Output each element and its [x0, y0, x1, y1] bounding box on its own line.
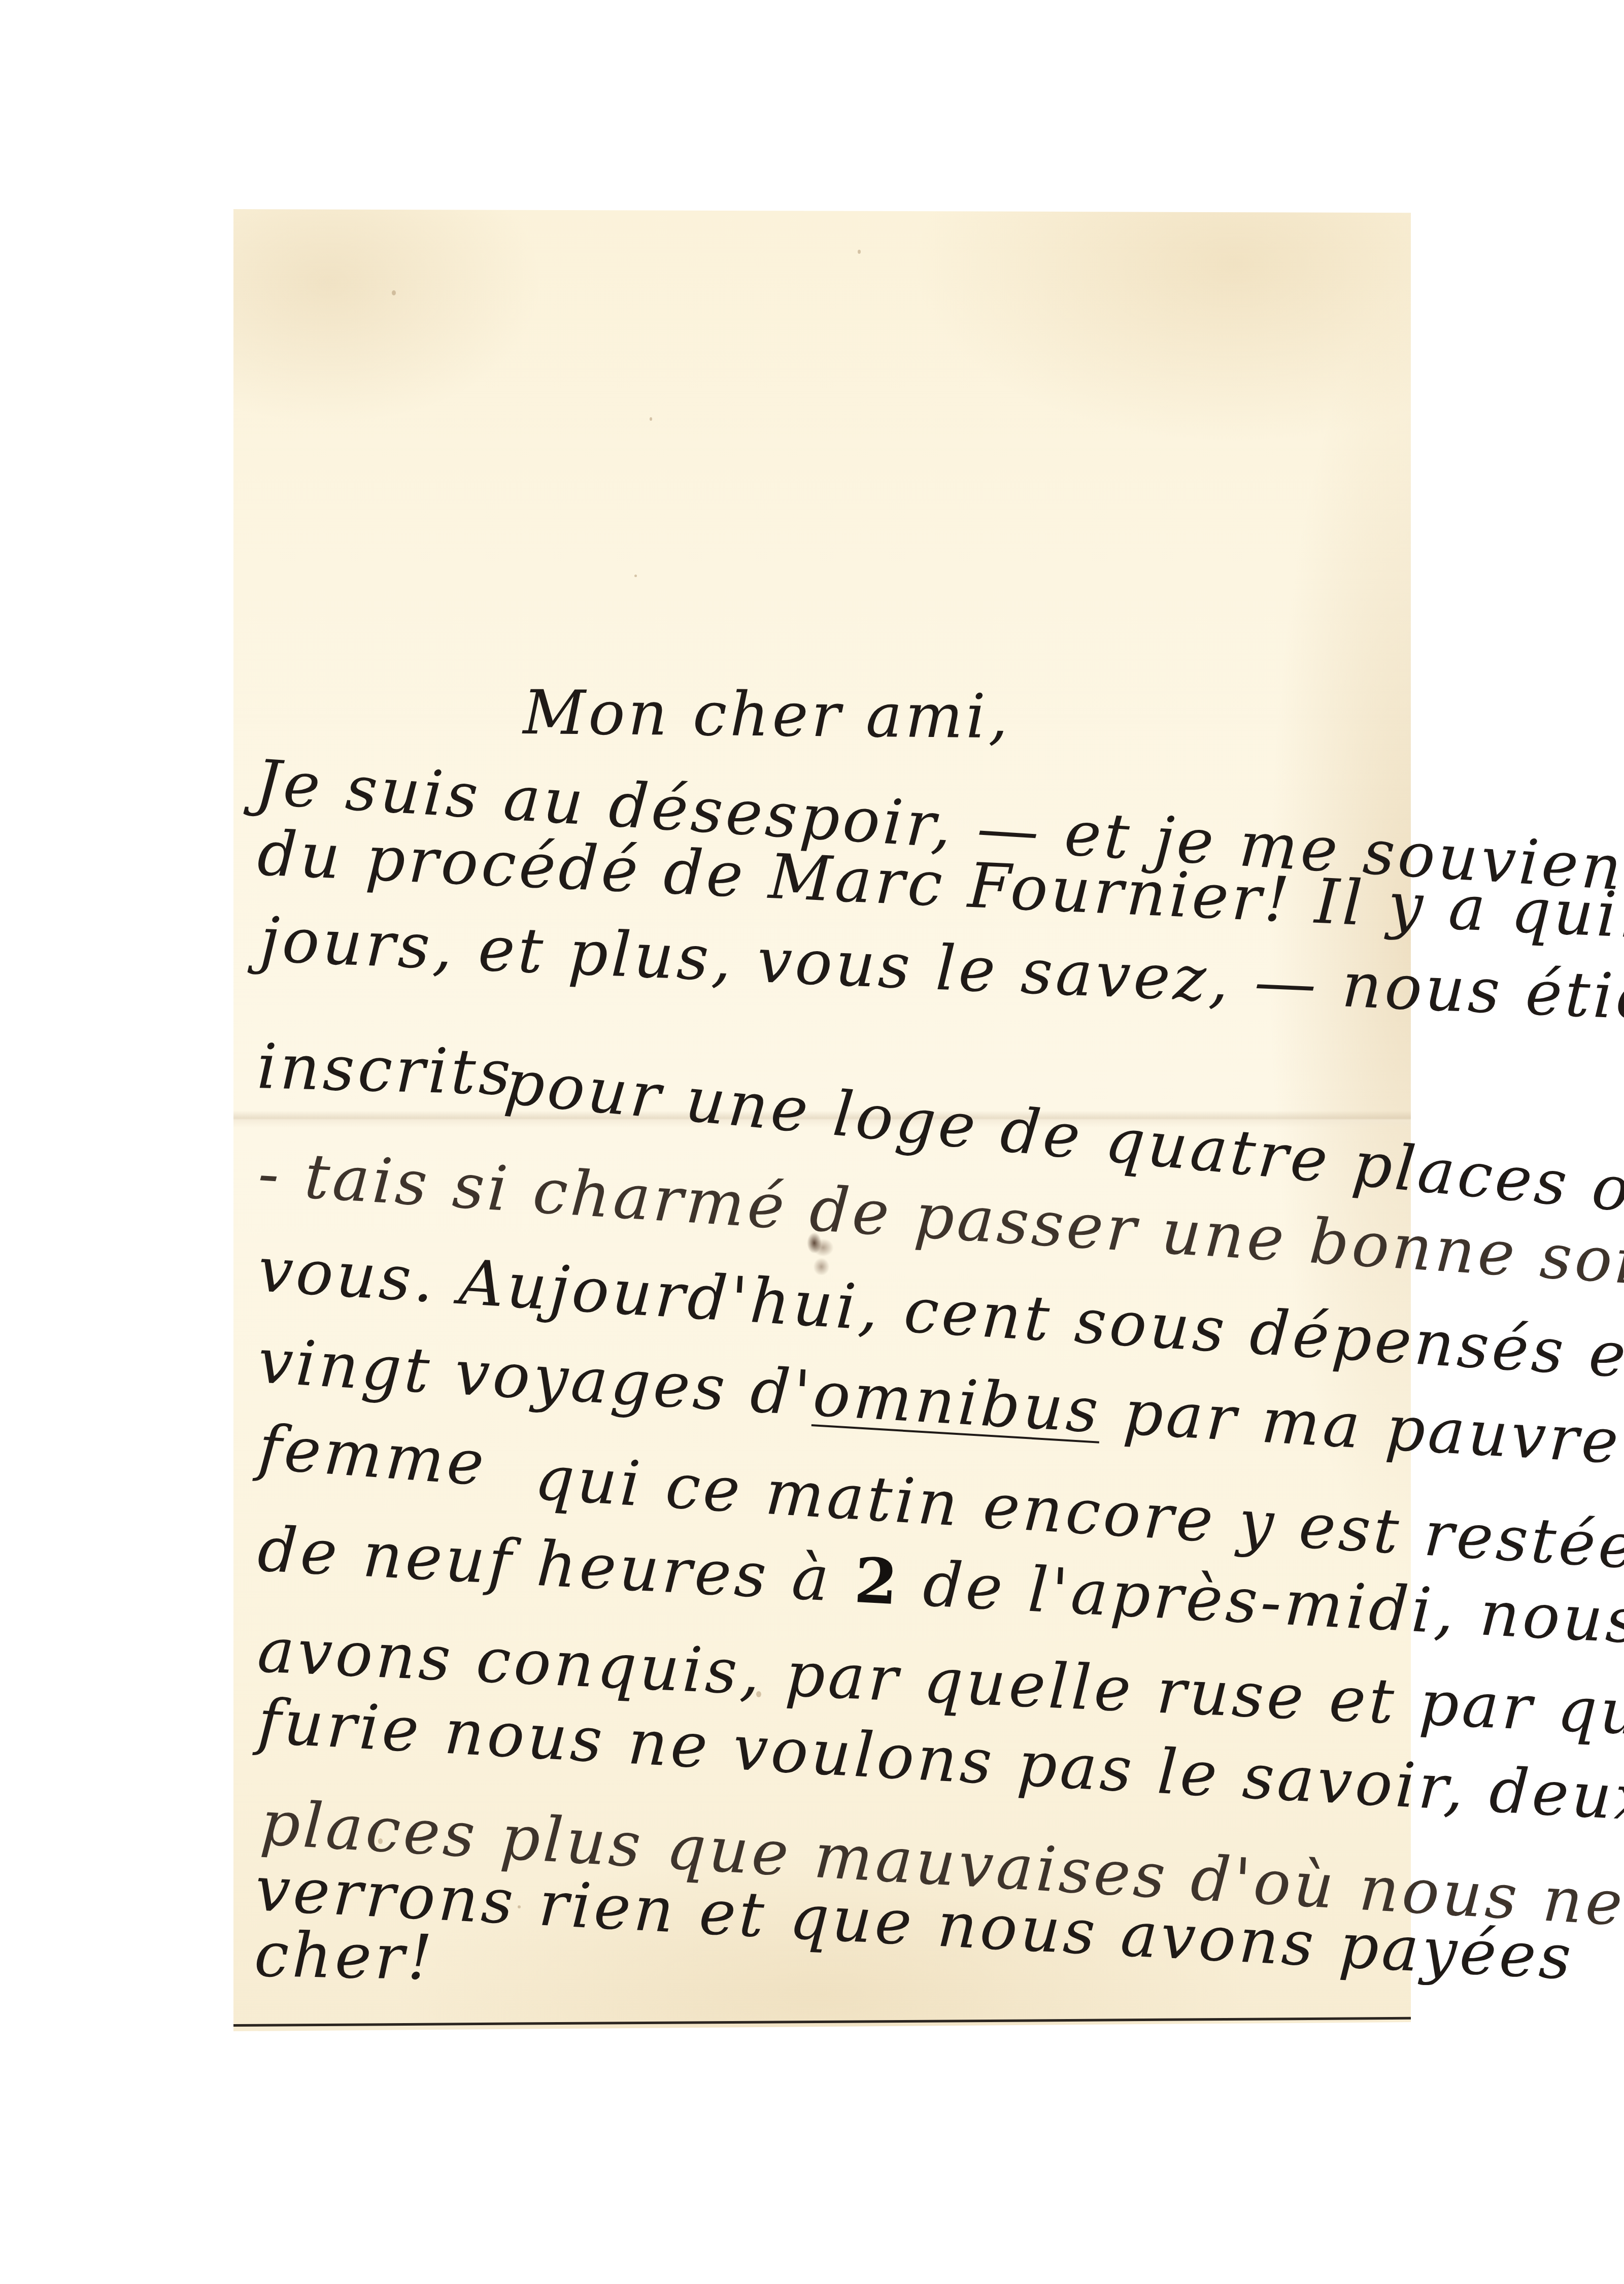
fold-notch-right: [1411, 1107, 1422, 1131]
salutation: Mon cher ami,: [523, 683, 1011, 748]
bold-numeral-two: 2: [853, 1543, 902, 1619]
letter-line-8a: femme: [256, 1416, 489, 1495]
letter-line-14: cher!: [254, 1924, 436, 1989]
letter-line-4a: inscrits: [256, 1035, 515, 1104]
paper-speck: [634, 575, 637, 577]
paper-speck: [392, 290, 396, 295]
paper-speck: [650, 417, 652, 421]
paper-speck: [858, 250, 861, 254]
fold-notch-left: [222, 1107, 233, 1131]
